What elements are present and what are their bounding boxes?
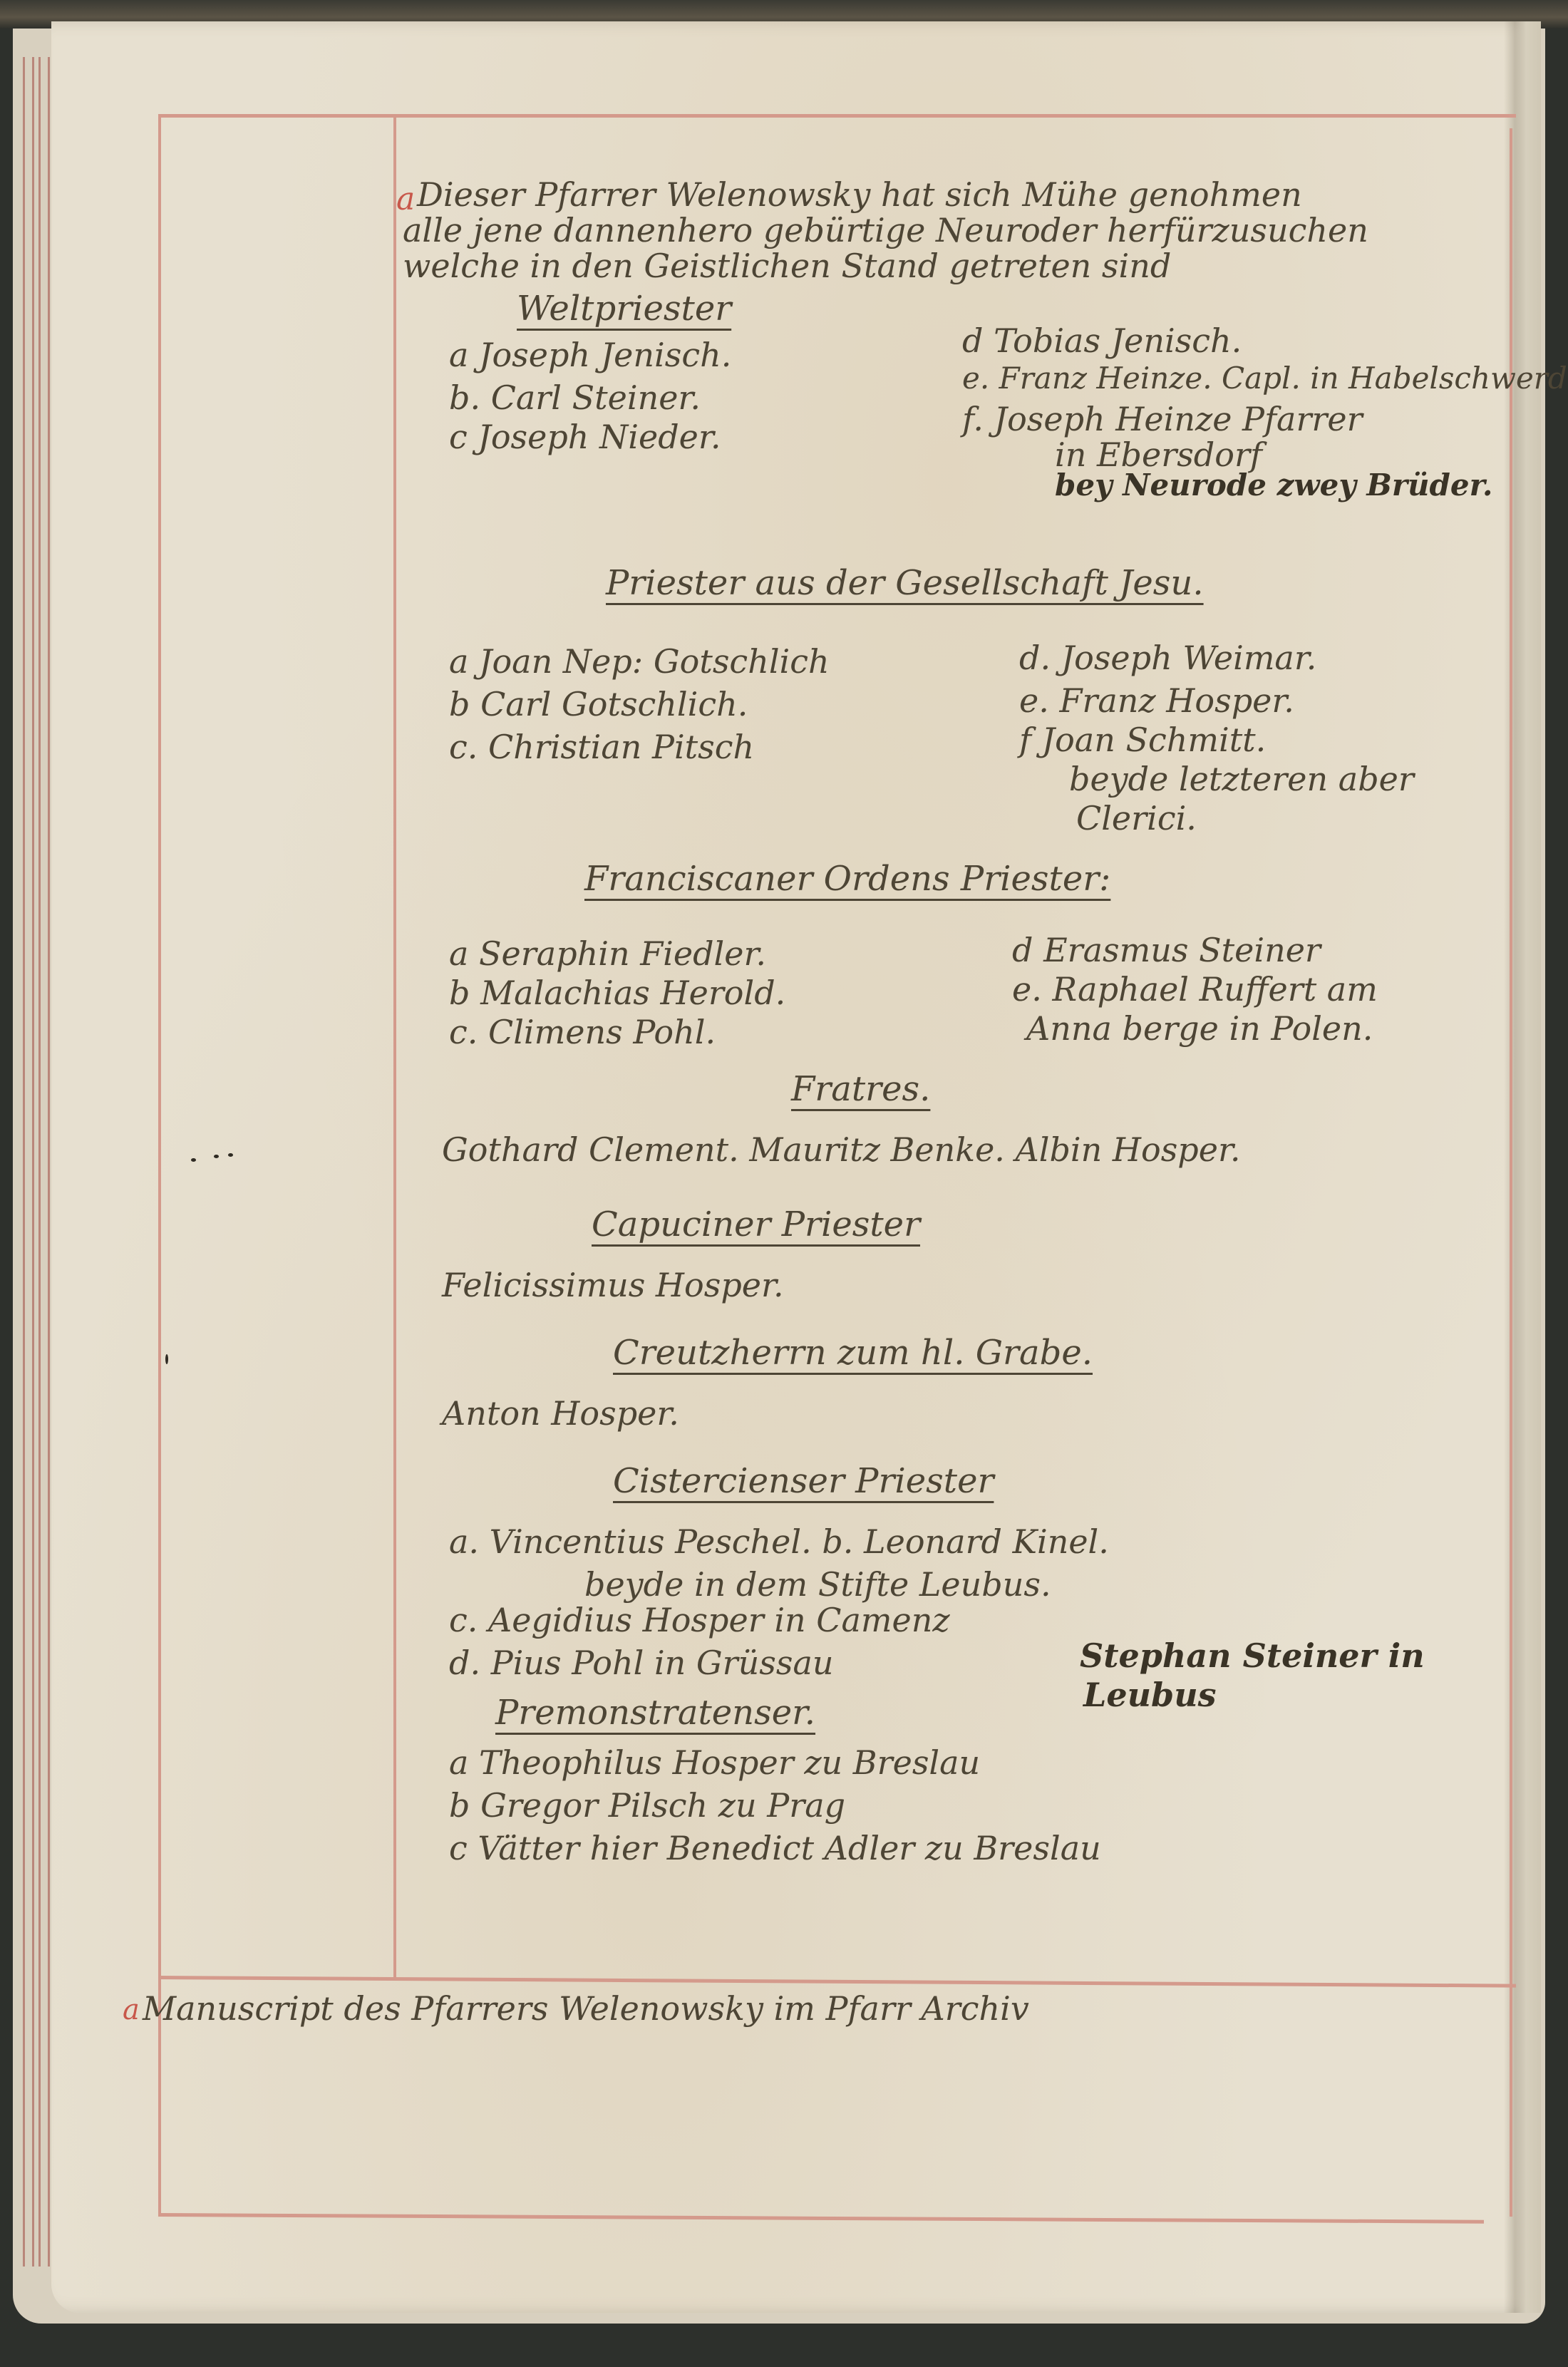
cistercienser-addition: Leubus: [1083, 1678, 1217, 1711]
footnote-marker-bottom: a: [123, 1996, 140, 2024]
heading-fratres: Fratres.: [791, 1069, 930, 1109]
list-item: e. Franz Heinze. Capl. in Habelschwerdt: [962, 363, 1568, 393]
list-item: beyde in dem Stifte Leubus.: [584, 1568, 1051, 1601]
list-item: b Gregor Pilsch zu Prag: [449, 1789, 845, 1822]
cistercienser-addition: Stephan Steiner in: [1080, 1639, 1425, 1672]
list-item: b Carl Gotschlich.: [449, 688, 748, 721]
ink-speck: [214, 1155, 219, 1158]
list-item: d. Joseph Weimar.: [1019, 641, 1316, 674]
fratres-line: Gothard Clement. Mauritz Benke. Albin Ho…: [442, 1133, 1241, 1166]
list-item: c Joseph Nieder.: [449, 421, 721, 453]
margin-rule: [393, 114, 396, 1978]
list-item: b Malachias Herold.: [449, 976, 785, 1009]
list-item: d Erasmus Steiner: [1012, 934, 1321, 966]
list-item: e. Raphael Ruffert am: [1012, 973, 1378, 1006]
kreuzherren-line: Anton Hosper.: [442, 1397, 679, 1430]
capuciner-line: Felicissimus Hosper.: [442, 1269, 784, 1301]
heading-weltpriester: Weltpriester: [517, 289, 731, 329]
list-item: in Ebersdorf: [1055, 438, 1262, 471]
intro-line-1: Dieser Pfarrer Welenowsky hat sich Mühe …: [417, 178, 1302, 211]
heading-kreuzherren: Creutzherrn zum hl. Grabe.: [613, 1333, 1093, 1373]
list-item: Clerici.: [1076, 802, 1197, 835]
footnote-text: Manuscript des Pfarrers Welenowsky im Pf…: [143, 1992, 1029, 2025]
frame-left-rule: [158, 114, 161, 2217]
list-item: c Vätter hier Benedict Adler zu Breslau: [449, 1832, 1101, 1865]
list-item: beyde letzteren aber: [1069, 763, 1414, 795]
intro-line-2: alle jene dannenhero gebürtige Neuroder …: [403, 214, 1368, 247]
list-item: a. Vincentius Peschel. b. Leonard Kinel.: [449, 1525, 1109, 1558]
heading-capuciner: Capuciner Priester: [592, 1205, 920, 1244]
frame-right-rule: [1510, 128, 1512, 2217]
ink-speck: [165, 1354, 168, 1364]
list-item: f Joan Schmitt.: [1019, 723, 1266, 756]
heading-cistercienser: Cistercienser Priester: [613, 1461, 994, 1501]
ink-speck: [228, 1153, 233, 1157]
list-item: Anna berge in Polen.: [1026, 1012, 1373, 1045]
list-item: d. Pius Pohl in Grüssau: [449, 1646, 834, 1679]
page-edge: [38, 57, 50, 2267]
list-item: f. Joseph Heinze Pfarrer: [962, 403, 1363, 435]
list-item: d Tobias Jenisch.: [962, 324, 1242, 357]
list-item: c. Aegidius Hosper in Camenz: [449, 1604, 950, 1636]
heading-franciscaner: Franciscaner Ordens Priester:: [584, 859, 1110, 899]
heading-jesuiten: Priester aus der Gesellschaft Jesu.: [606, 563, 1204, 603]
list-item: e. Franz Hosper.: [1019, 684, 1294, 717]
list-item: c. Christian Pitsch: [449, 731, 754, 763]
list-item: c. Climens Pohl.: [449, 1016, 716, 1048]
list-item: bey Neurode zwey Brüder.: [1055, 470, 1493, 500]
list-item: a Joseph Jenisch.: [449, 339, 731, 371]
intro-line-3: welche in den Geistlichen Stand getreten…: [403, 249, 1171, 282]
page-edge: [23, 57, 34, 2267]
list-item: b. Carl Steiner.: [449, 381, 701, 414]
list-item: a Seraphin Fiedler.: [449, 937, 766, 970]
ink-speck: [191, 1158, 196, 1162]
list-item: a Joan Nep: Gotschlich: [449, 645, 830, 678]
frame-top-rule: [158, 114, 1516, 118]
heading-premonstratenser: Premonstratenser.: [495, 1693, 815, 1733]
list-item: a Theophilus Hosper zu Breslau: [449, 1746, 980, 1779]
